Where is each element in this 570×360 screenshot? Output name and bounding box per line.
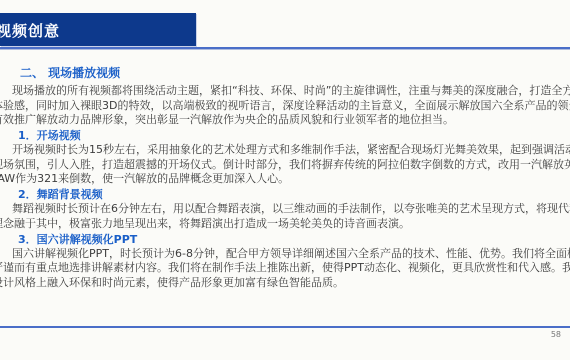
- header-divider: [0, 47, 570, 50]
- guoliu-ppt-line: 设计风格上融入环保和时尚元素，使得产品形象更加富有绿色智能品质。: [0, 276, 570, 291]
- presentation-slide: 视频创意 二、 现场播放视频 现场播放的所有视频都将围绕活动主题，紧扣“科技、环…: [0, 0, 570, 360]
- intro-paragraph-line: 有效推广解放动力品牌形象，突出彰显一汽解放作为央企的品质风貌和行业领军者的地位担…: [0, 113, 570, 128]
- slide-title-bar: 视频创意: [0, 13, 196, 46]
- dance-background-video-line: 舞蹈视频时长预计在6分钟左右，用以配合舞蹈表演，以三维动画的手法制作，以夸张唯美…: [12, 202, 570, 217]
- subsection-heading-guoliu-ppt: 3．国六讲解视频化PPT: [18, 232, 570, 247]
- opening-video-line: 现场氛围，引人入胜，打造超震撼的开场仪式。倒计时部分，我们将摒弃传统的阿拉伯数字…: [0, 158, 570, 173]
- intro-paragraph-line: 体验感，同时加入裸眼3D的特效，以高端极致的视听语言，深度诠释活动的主旨意义，全…: [0, 99, 570, 114]
- page-title: 视频创意: [0, 20, 60, 41]
- guoliu-ppt-line: 国六讲解视频化PPT，时长预计为6-8分钟，配合甲方领导详细阐述国六全系产品的技…: [12, 247, 570, 262]
- intro-paragraph-line: 现场播放的所有视频都将围绕活动主题，紧扣“科技、环保、时尚”的主旋律调性，注重与…: [12, 84, 570, 99]
- guoliu-ppt-line: 严谨而有重点地选排讲解素材内容。我们将在制作手法上推陈出新，使得PPT动态化、视…: [0, 261, 570, 276]
- footer-divider: [0, 326, 570, 328]
- opening-video-line: 开场视频时长为15秒左右，采用抽象化的艺术处理方式和多维制作手法，紧密配合现场灯…: [12, 143, 570, 158]
- subsection-heading-dance-background-video: 2．舞蹈背景视频: [18, 187, 570, 202]
- opening-video-line: FAW作为321来倒数，使一汽解放的品牌概念更加深入人心。: [0, 172, 570, 187]
- section-heading: 二、 现场播放视频: [20, 65, 570, 84]
- slide-body: 二、 现场播放视频 现场播放的所有视频都将围绕活动主题，紧扣“科技、环保、时尚”…: [0, 65, 570, 291]
- page-number: 58: [551, 330, 561, 339]
- subsection-heading-opening-video: 1．开场视频: [18, 128, 570, 143]
- dance-background-video-line: 理念融于其中，极富张力地呈现出来，将舞蹈演出打造成一场美轮美奂的诗音画表演。: [0, 217, 570, 232]
